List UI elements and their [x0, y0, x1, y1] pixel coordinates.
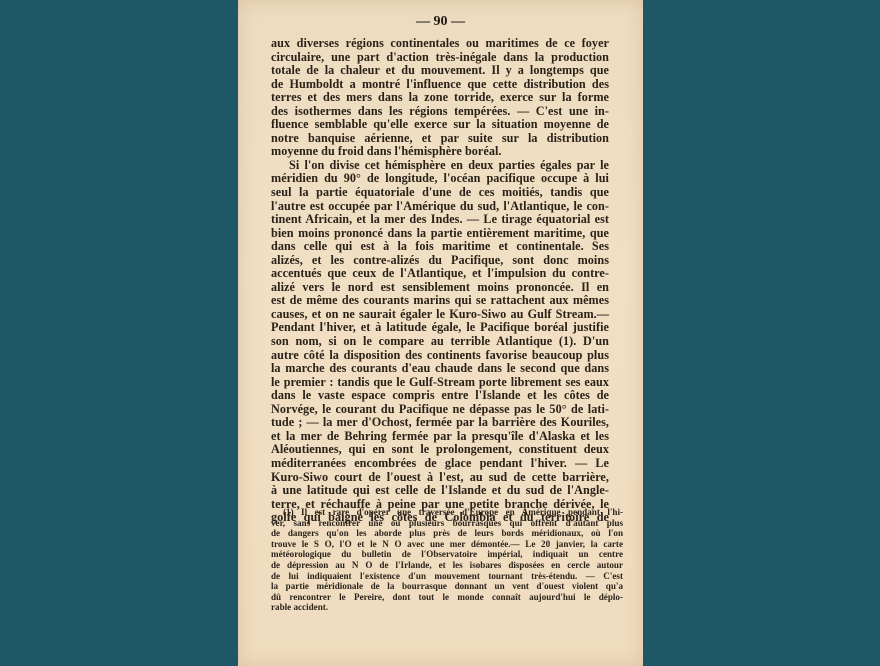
text-line: tinent Africain, et la mer des Indes. — … [271, 213, 609, 227]
text-line: est de même des courants marins qui se r… [271, 294, 609, 308]
text-line: l'autre est occupée par l'Amérique du su… [271, 200, 609, 214]
text-line: terres et des mers dans la zone torride,… [271, 91, 609, 105]
text-line: fluence semblable qu'elle exerce sur la … [271, 118, 609, 132]
text-line: des isothermes dans les régions tempérée… [271, 105, 609, 119]
footnote-line: météorologique du bulletin de l'Observat… [271, 549, 623, 560]
text-line: bien moins prononcé dans la partie entiè… [271, 227, 609, 241]
footnote-line: de dangers qu'on les aborde plus près de… [271, 528, 623, 539]
text-line: le premier : tandis que le Gulf-Stream p… [271, 376, 609, 390]
paragraph-start: Si l'on divise cet hémisphère en deux pa… [271, 159, 609, 173]
text-line: Kuro-Siwo court de l'ouest à l'est, au s… [271, 471, 609, 485]
footnote-line: la partie méridionale de la bourrasque d… [271, 581, 623, 592]
text-line: dans celle qui est à la fois maritime et… [271, 240, 609, 254]
text-line: tude ; — la mer d'Ochost, fermée par la … [271, 416, 609, 430]
text-line: accentués que ceux de l'Atlantique, et l… [271, 267, 609, 281]
footnote-line: rable accident. [271, 602, 623, 613]
footnote-line: dû rencontrer le Pereire, dont tout le m… [271, 592, 623, 603]
text-line: circulaire, une part d'action très-inéga… [271, 51, 609, 65]
text-line: alizés, et les contre-alizés du Pacifiqu… [271, 254, 609, 268]
text-line: à une latitude qui est celle de l'Island… [271, 484, 609, 498]
text-line: de Humboldt a montré l'influence que cet… [271, 78, 609, 92]
text-line: autre côté la disposition des continents… [271, 349, 609, 363]
text-line: totale de la chaleur et du mouvement. Il… [271, 64, 609, 78]
text-line: alizé vers le nord est sensiblement moin… [271, 281, 609, 295]
footnote-line: (1) Il est rare d'opérer une traversée d… [271, 507, 623, 518]
footnote-line: de dépression au N O de l'Irlande, et le… [271, 560, 623, 571]
text-line: et la mer de Behring fermée par la presq… [271, 430, 609, 444]
text-line: la marche des courants d'eau chaude dans… [271, 362, 609, 376]
text-line: aux diverses régions continentales ou ma… [271, 37, 609, 51]
body-text: aux diverses régions continentales ou ma… [271, 37, 609, 525]
footnote: (1) Il est rare d'opérer une traversée d… [271, 507, 623, 613]
text-line: dans le vaste espace compris entre l'Isl… [271, 389, 609, 403]
text-line: méridien du 90° de longitude, l'océan pa… [271, 172, 609, 186]
text-line: Pendant l'hiver, et à latitude égale, le… [271, 321, 609, 335]
text-line: son nom, si on le compare au terrible At… [271, 335, 609, 349]
text-line: causes, et on ne saurait égaler le Kuro-… [271, 308, 609, 322]
footnote-line: de lui indiquaient l'existence d'un mouv… [271, 571, 623, 582]
text-line: notre banquise aérienne, et par suite su… [271, 132, 609, 146]
text-line: moyenne du froid dans l'hémisphère boréa… [271, 145, 609, 159]
footnote-line: ver, sans rencontrer une ou plusieurs bo… [271, 518, 623, 529]
scanned-page: — 90 — aux diverses régions continentale… [238, 0, 643, 666]
text-line: Norvége, le courant du Pacifique ne dépa… [271, 403, 609, 417]
text-line: seul la partie équatoriale d'une de ces … [271, 186, 609, 200]
text-line: Aléoutiennes, qui en sont le prolongemen… [271, 443, 609, 457]
text-line: méditerranées encombrées de glace pendan… [271, 457, 609, 471]
footnote-line: trouve le S O, l'O et le N O avec une me… [271, 539, 623, 550]
page-number: — 90 — [238, 14, 643, 30]
